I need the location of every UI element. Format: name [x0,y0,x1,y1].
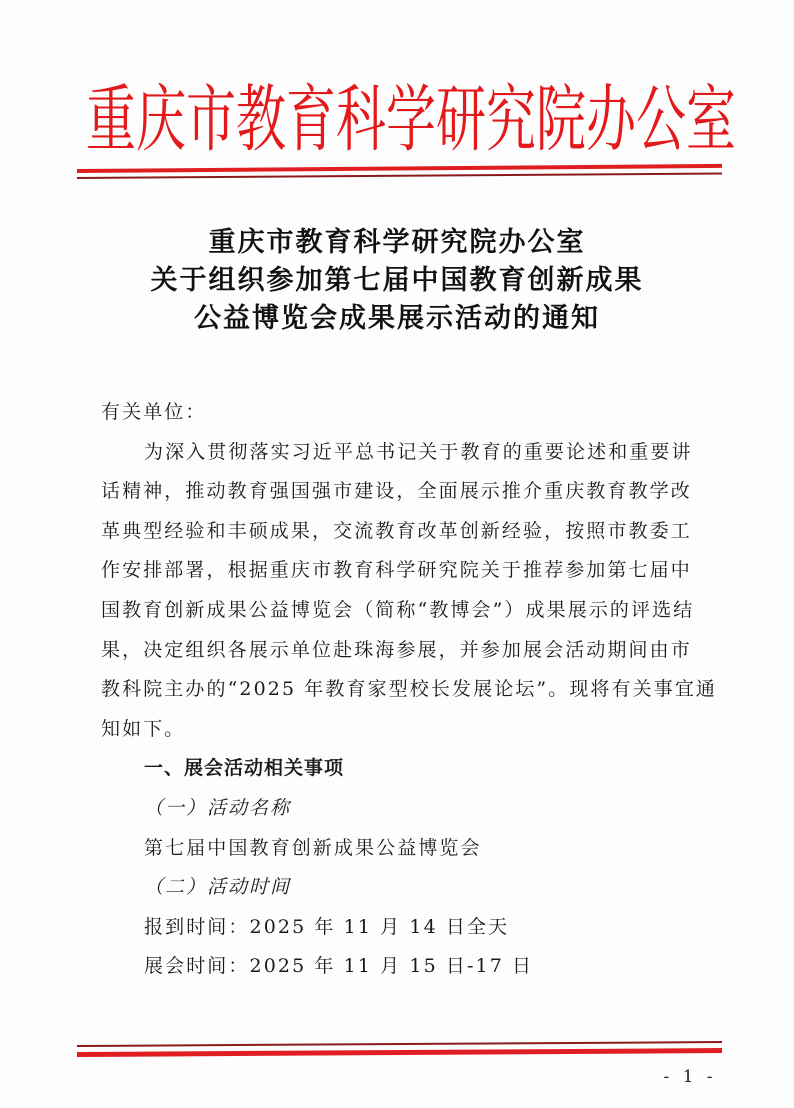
subsection-heading-activity-name: （一）活动名称 [101,789,701,829]
title-line-2: 关于组织参加第七届中国教育创新成果 [0,262,794,300]
letterhead-char: 研 [436,84,486,157]
document-body: 有关单位： 为深入贯彻落实习近平总书记关于教育的重要论述和重要讲 话精神，推动教… [101,393,701,987]
paragraph-line: 话精神，推动教育强国强市建设，全面展示推介重庆教育教学改 [101,472,701,512]
letterhead-char: 究 [486,84,536,157]
exhibition-time-text: 展会时间：2025 年 11 月 15 日-17 日 [101,947,701,987]
header-red-rule-thick [77,164,722,173]
title-line-3: 公益博览会成果展示活动的通知 [0,300,794,338]
letterhead-char: 办 [586,84,636,157]
activity-name-text: 第七届中国教育创新成果公益博览会 [101,829,701,869]
subsection-heading-activity-time: （二）活动时间 [101,868,701,908]
paragraph-line: 果，决定组织各展示单位赴珠海参展，并参加展会活动期间由市 [101,631,701,671]
footer-red-rule-thin [77,1041,722,1047]
letterhead-char: 公 [636,84,686,157]
letterhead-char: 庆 [136,84,186,157]
registration-time-text: 报到时间：2025 年 11 月 14 日全天 [101,908,701,948]
letterhead-char: 市 [186,84,236,157]
title-line-1: 重庆市教育科学研究院办公室 [0,224,794,262]
letterhead-char: 重 [86,84,136,157]
letterhead-char: 科 [336,84,386,157]
document-title: 重庆市教育科学研究院办公室 关于组织参加第七届中国教育创新成果 公益博览会成果展… [0,224,794,338]
paragraph-line: 革典型经验和丰硕成果，交流教育改革创新经验，按照市教委工 [101,512,701,552]
document-page: 重 庆 市 教 育 科 学 研 究 院 办 公 室 重庆市教育科学研究院办公室 … [0,0,794,1108]
letterhead-char: 教 [236,84,286,157]
header-red-rule-thin [77,172,722,179]
paragraph-line: 知如下。 [101,710,701,750]
paragraph-line: 教科院主办的“2025 年教育家型校长发展论坛”。现将有关事宜通 [101,670,701,710]
letterhead-char: 学 [386,84,436,157]
letterhead-char: 室 [686,84,736,157]
footer-red-rule-thick [77,1048,722,1057]
letterhead: 重 庆 市 教 育 科 学 研 究 院 办 公 室 [86,70,712,156]
paragraph-line: 为深入贯彻落实习近平总书记关于教育的重要论述和重要讲 [101,433,701,473]
letterhead-char: 院 [536,84,586,157]
paragraph-line: 国教育创新成果公益博览会（简称“教博会”）成果展示的评选结 [101,591,701,631]
paragraph-line: 作安排部署，根据重庆市教育科学研究院关于推荐参加第七届中 [101,551,701,591]
letterhead-char: 育 [286,84,336,157]
salutation: 有关单位： [101,393,701,433]
section-heading-1: 一、展会活动相关事项 [101,749,701,789]
page-number: - 1 - [660,1067,720,1087]
